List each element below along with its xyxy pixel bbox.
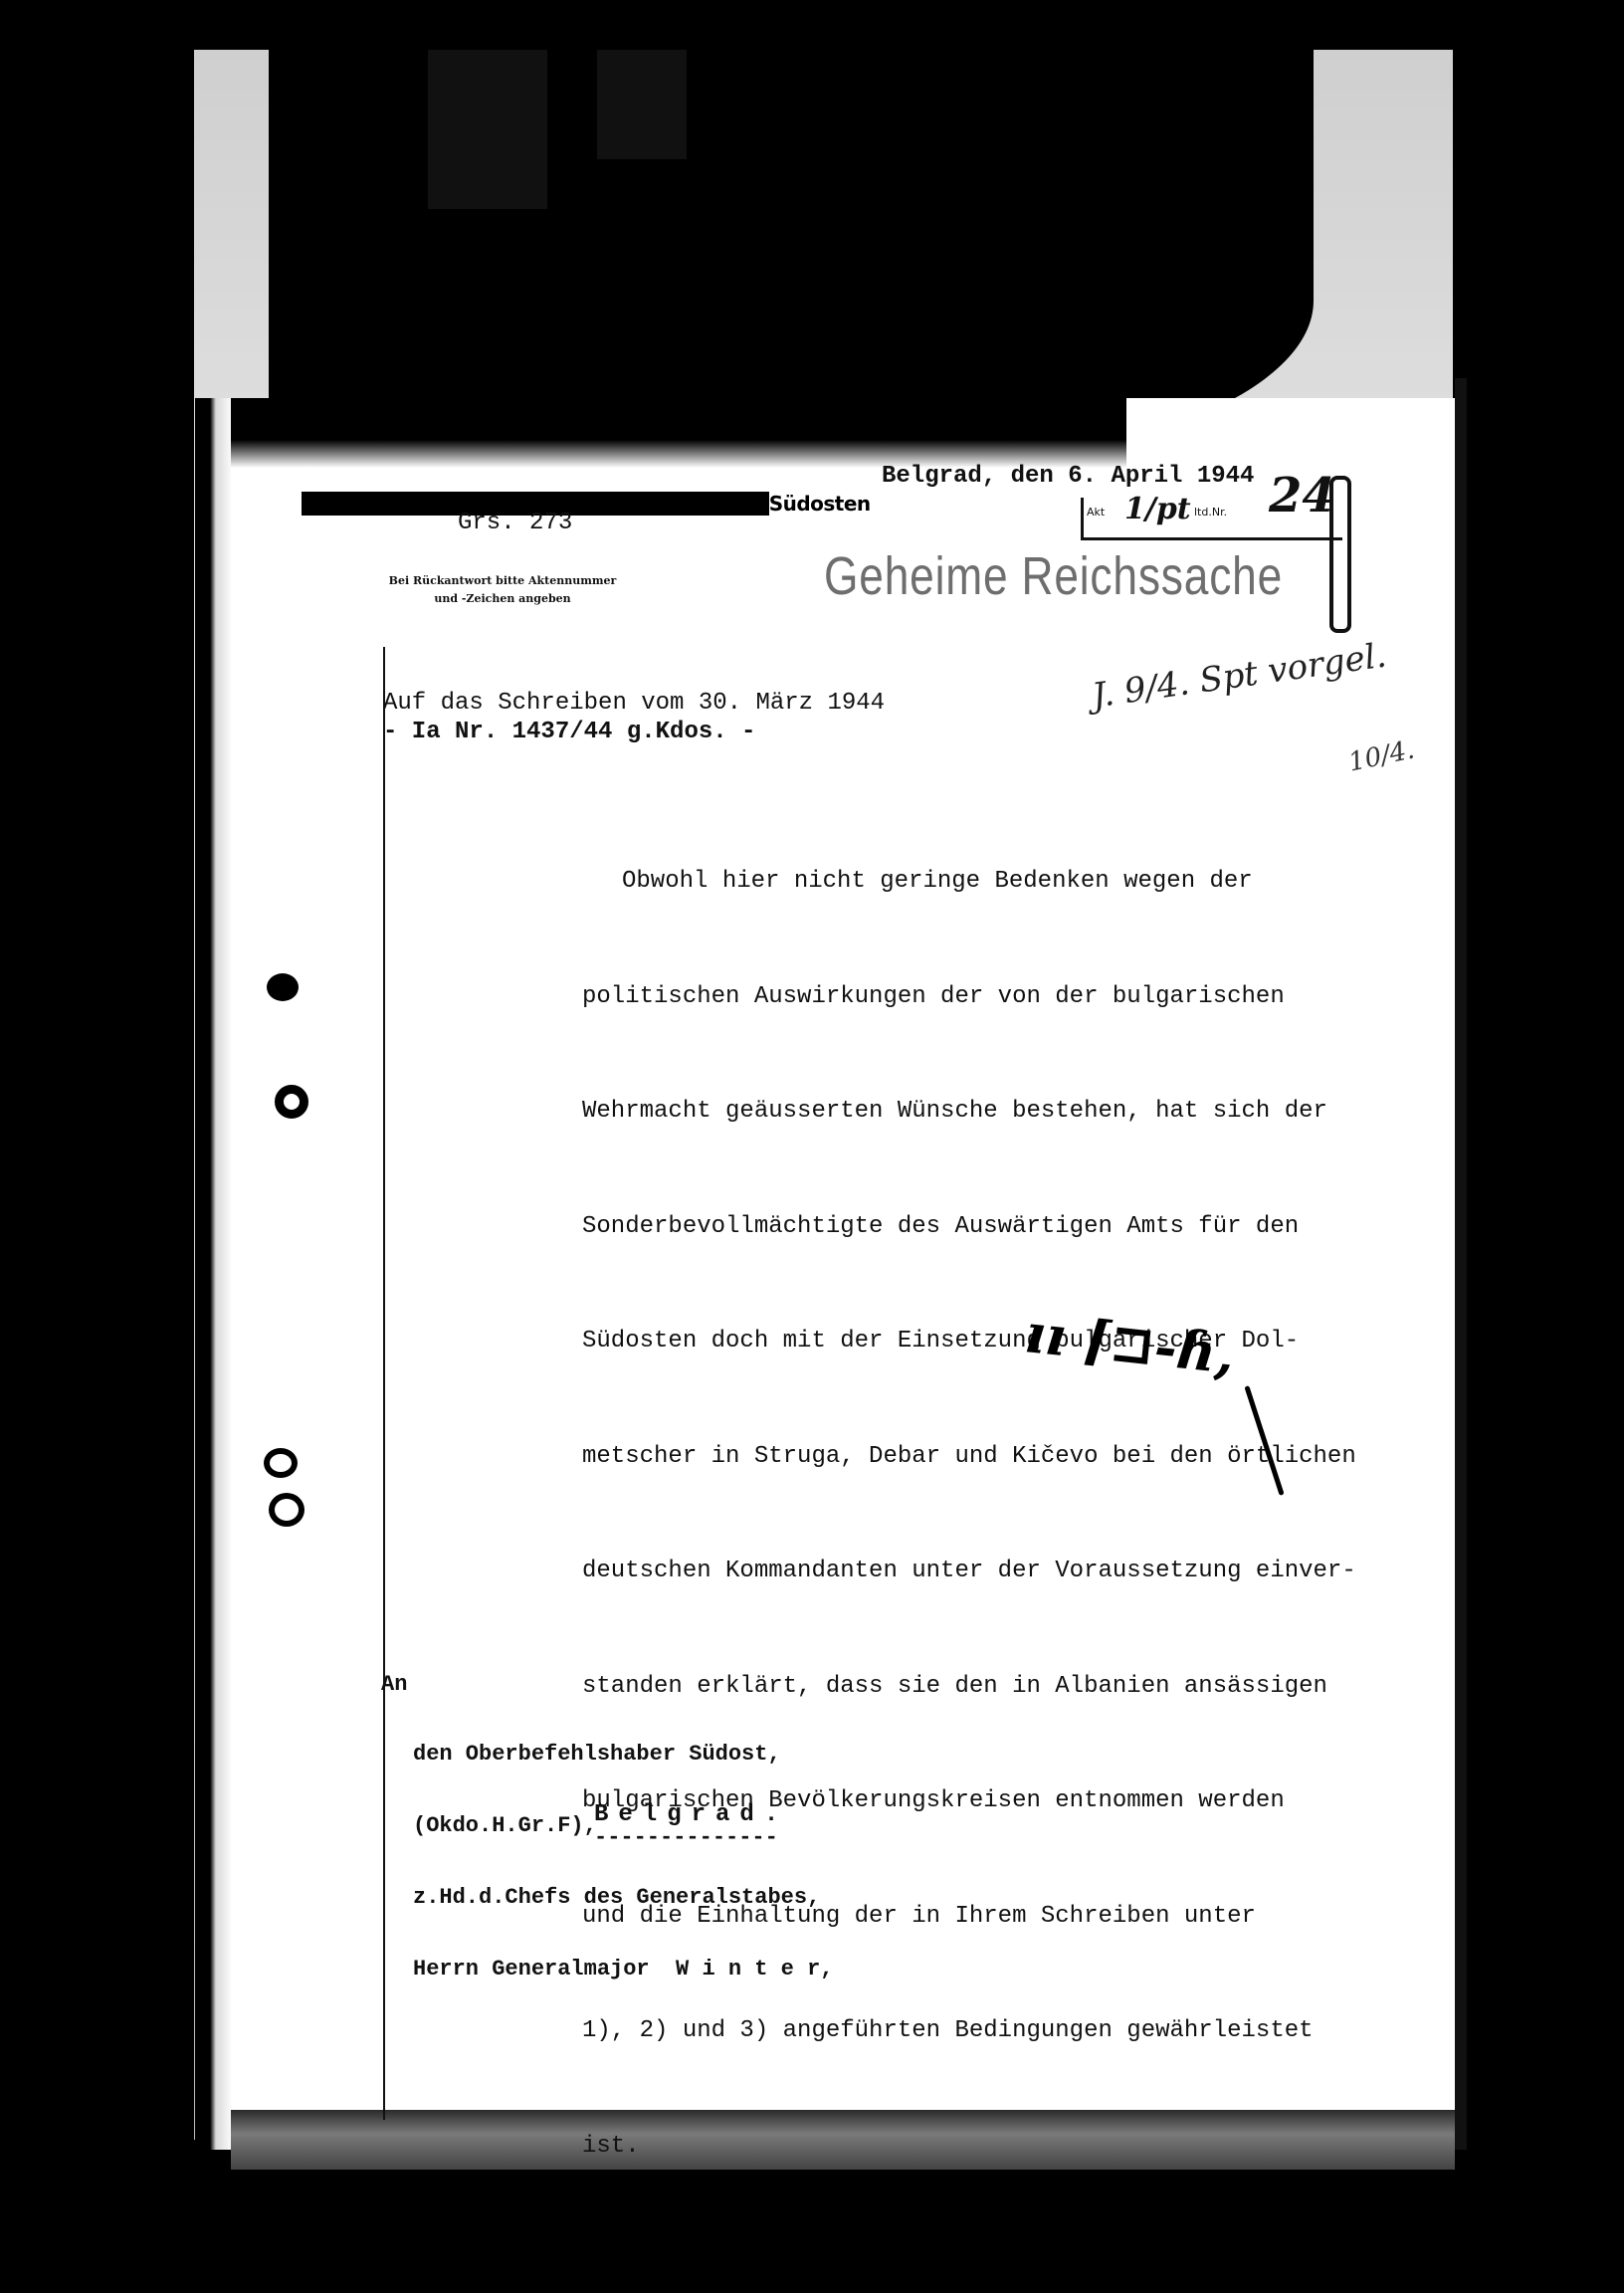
address-line: Herrn Generalmajor W i n t e r,: [413, 1958, 833, 1981]
dark-edge-right: [1455, 0, 1624, 2293]
punch-hole: [264, 1448, 298, 1478]
dark-spine: [0, 0, 194, 2293]
recipient-label: An: [381, 1672, 407, 1697]
recipient-city-underline: --------------: [594, 1825, 778, 1850]
letterhead-shadow: [231, 398, 1126, 468]
reply-note: Bei Rückantwort bitte Aktennummerund -Ze…: [378, 572, 627, 608]
stamp-akt-label: Akt: [1087, 506, 1105, 519]
letterhead-sender: Der Sonderbevollmächtigte des AA für den…: [289, 468, 871, 516]
body-line: metscher in Struga, Debar und Kičevo bei…: [582, 1438, 1356, 1477]
body-line: Wehrmacht geäusserten Wünsche bestehen, …: [582, 1093, 1356, 1132]
punch-hole: [267, 973, 299, 1001]
binding-edge: [195, 398, 233, 2150]
body-line: deutschen Kommandanten unter der Vorauss…: [582, 1553, 1356, 1591]
margin-line: [383, 647, 385, 2120]
body-line: 1), 2) und 3) angeführten Bedingungen ge…: [582, 2012, 1356, 2051]
punch-hole: [275, 1085, 308, 1119]
address-line: z.Hd.d.Chefs des Generalstabes,: [413, 1886, 833, 1910]
finger-shadow: [597, 50, 687, 159]
page-right-edge: [1455, 378, 1467, 2150]
stamp-ltd-label: ltd.Nr.: [1194, 506, 1227, 519]
reference-line-1: Auf das Schreiben vom 30. März 1944: [383, 690, 885, 717]
body-line: Südosten doch mit der Einsetzung bulgari…: [582, 1323, 1356, 1361]
place-date: Belgrad, den 6. April 1944: [882, 463, 1254, 490]
stamp-akt-value: 1/pt: [1124, 492, 1191, 526]
body-line: politischen Auswirkungen der von der bul…: [582, 978, 1356, 1017]
reference-line-2: - Ia Nr. 1437/44 g.Kdos. -: [383, 719, 755, 745]
recipient-address: den Oberbefehlshaber Südost, (Okdo.H.Gr.…: [413, 1695, 833, 2005]
recipient-city: Belgrad.: [594, 1801, 788, 1828]
stamp-bracket-mark: [1329, 476, 1351, 633]
punch-hole: [269, 1493, 304, 1527]
body-line: ist.: [582, 2128, 1356, 2167]
reply-note-line: Bei Rückantwort bitte Aktennummer: [378, 572, 627, 590]
address-line: den Oberbefehlshaber Südost,: [413, 1743, 833, 1767]
classification-stamp: Geheime Reichssache: [824, 545, 1283, 607]
body-line: Obwohl hier nicht geringe Bedenken wegen…: [582, 863, 1356, 902]
letterhead-visible: Südosten: [769, 492, 871, 516]
stamp-ltd-value: 24: [1269, 468, 1335, 523]
reply-note-line: und -Zeichen angeben: [378, 590, 627, 608]
file-reference: Grs. 273: [458, 510, 572, 536]
finger-shadow: [428, 50, 547, 209]
body-line: Sonderbevollmächtigte des Auswärtigen Am…: [582, 1208, 1356, 1247]
